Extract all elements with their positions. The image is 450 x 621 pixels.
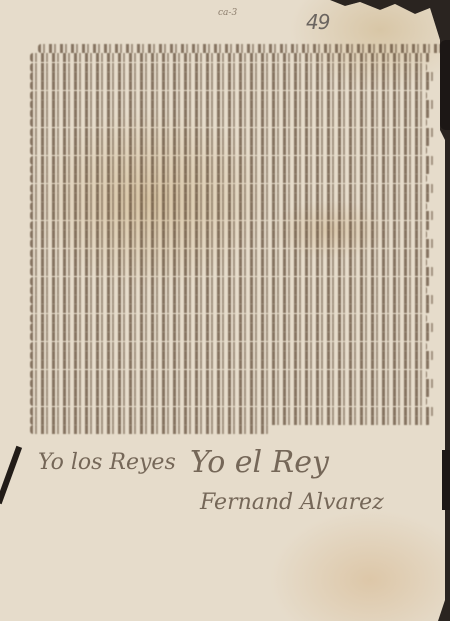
handwriting-line	[30, 193, 431, 202]
handwriting-line	[30, 100, 435, 109]
handwriting-line	[38, 44, 443, 53]
handwriting-line	[30, 342, 427, 351]
signature-3: Fernand Alvarez	[200, 490, 384, 515]
handwriting-line	[30, 249, 431, 258]
handwriting-line	[30, 211, 435, 220]
handwriting-line	[30, 360, 431, 369]
handwriting-line	[30, 109, 431, 118]
handwriting-line	[30, 91, 427, 100]
handwriting-line	[30, 81, 431, 90]
handwriting-line	[30, 118, 427, 127]
handwriting-line	[30, 202, 427, 211]
handwriting-line	[30, 239, 435, 248]
handwriting-line	[30, 63, 427, 72]
handwriting-line	[30, 295, 435, 304]
top-annotation: ca-3	[218, 8, 237, 18]
handwriting-line	[30, 407, 435, 416]
background-edge	[442, 450, 450, 510]
handwriting-line	[30, 146, 427, 155]
handwriting-line	[30, 165, 431, 174]
handwriting-line	[30, 304, 431, 313]
handwriting-line	[30, 379, 435, 388]
manuscript-page: ca-3 49 Yo los Reyes Yo el Rey Fernand A…	[0, 0, 445, 621]
handwriting-line	[30, 277, 431, 286]
signature-1: Yo los Reyes	[38, 450, 176, 475]
handwriting-line	[30, 53, 431, 62]
handwriting-line	[30, 128, 435, 137]
handwriting-line	[30, 370, 427, 379]
handwriting-line	[30, 72, 435, 81]
handwriting-line	[30, 351, 435, 360]
handwriting-line	[30, 416, 431, 425]
handwriting-line	[30, 267, 435, 276]
handwriting-line	[30, 137, 431, 146]
handwriting-line	[30, 425, 270, 434]
handwriting-line	[30, 332, 431, 341]
handwriting-line	[30, 323, 435, 332]
handwriting-line	[30, 314, 427, 323]
handwriting-line	[30, 397, 427, 406]
signature-2: Yo el Rey	[190, 445, 329, 480]
handwriting-line	[30, 221, 431, 230]
handwriting-line	[30, 184, 435, 193]
background-edge	[440, 40, 450, 130]
handwriting-line	[30, 286, 427, 295]
handwriting-line	[30, 230, 427, 239]
handwriting-line	[30, 174, 427, 183]
handwriting-line	[30, 388, 431, 397]
folio-number: 49	[306, 10, 329, 34]
handwriting-line	[30, 156, 435, 165]
handwriting-line	[30, 258, 427, 267]
